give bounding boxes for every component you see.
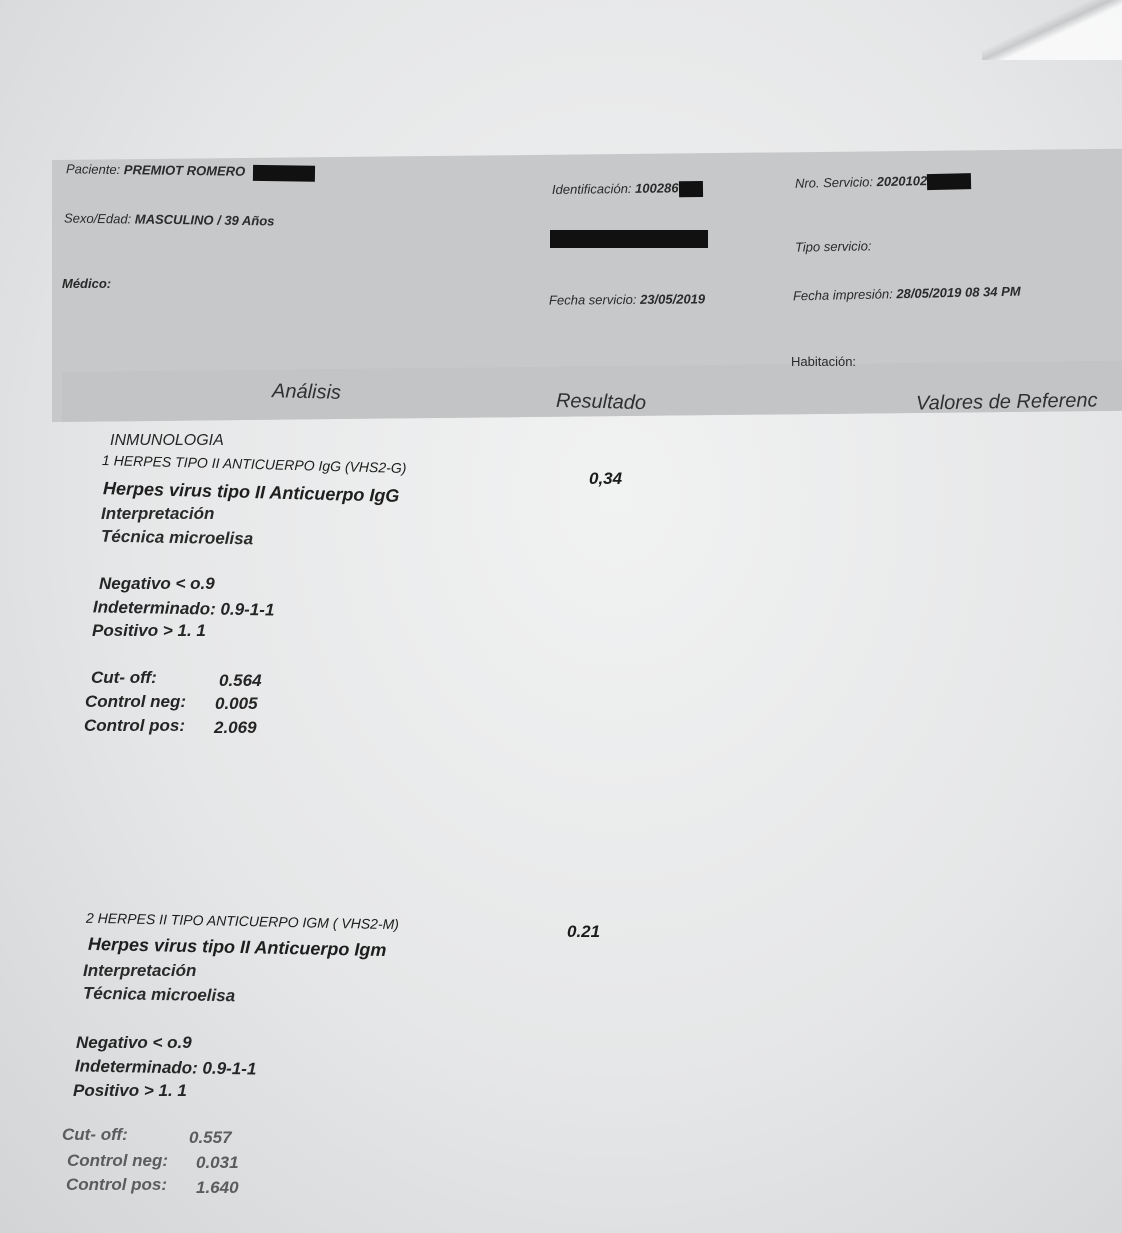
sex-age-field: Sexo/Edad: MASCULINO / 39 Años [64,211,275,229]
cutoff-label: Cut- off: [62,1125,128,1145]
id-field: Identificación: 100286 [552,180,703,199]
patient-field: Paciente: PREMIOT ROMERO [66,161,315,181]
page-fold [982,0,1122,60]
redaction-bar [253,164,315,181]
print-date-label: Fecha impresión: [793,286,893,303]
id-value: 100286 [635,180,679,196]
redaction-bar [927,173,971,190]
column-result: Resultado [556,390,647,415]
ref-negative: Negativo < o.9 [76,1033,192,1053]
service-type-label: Tipo servicio: [795,238,872,254]
control-pos-label: Control pos: [66,1175,167,1195]
test-result: 0,34 [589,469,622,489]
service-date-value: 23/05/2019 [640,291,705,307]
ref-indeterminate: Indeterminado: 0.9-1-1 [75,1056,257,1079]
cutoff-value: 0.557 [189,1128,232,1148]
room-label: Habitación: [791,354,856,369]
column-analysis: Análisis [272,380,342,405]
print-date-value: 28/05/2019 08 34 PM [896,284,1021,302]
test-code-line: 2 HERPES II TIPO ANTICUERPO IGM ( VHS2-M… [86,910,399,933]
ref-positive: Positivo > 1. 1 [92,621,206,641]
test-interpretation: Interpretación [101,504,214,524]
test-result: 0.21 [567,922,600,942]
id-label: Identificación: [552,181,632,197]
service-number-label: Nro. Servicio: [795,174,873,191]
service-date-field: Fecha servicio: 23/05/2019 [549,291,705,307]
lab-report-page: Paciente: PREMIOT ROMERO Sexo/Edad: MASC… [0,0,1122,1233]
ref-indeterminate: Indeterminado: 0.9-1-1 [93,597,275,620]
test-code-line: 1 HERPES TIPO II ANTICUERPO IgG (VHS2-G) [102,452,407,476]
test-name: Herpes virus tipo II Anticuerpo Igm [88,934,387,961]
cutoff-value: 0.564 [219,671,262,691]
redaction-bar [678,181,702,197]
service-date-label: Fecha servicio: [549,292,637,308]
test-technique: Técnica microelisa [83,984,235,1007]
sex-age-label: Sexo/Edad: [64,211,131,227]
patient-label: Paciente: [66,161,120,177]
redacted-field [550,230,708,248]
control-neg-label: Control neg: [85,692,186,712]
ref-negative: Negativo < o.9 [99,574,215,594]
patient-value: PREMIOT ROMERO [124,162,246,179]
control-pos-value: 1.640 [196,1178,239,1198]
column-reference: Valores de Referenc [916,389,1098,415]
cutoff-label: Cut- off: [91,668,157,688]
test-name: Herpes virus tipo II Anticuerpo IgG [103,478,400,507]
control-neg-label: Control neg: [67,1151,168,1171]
ref-positive: Positivo > 1. 1 [73,1081,187,1101]
sex-age-value: MASCULINO / 39 Años [135,212,275,229]
service-number-value: 2020102 [876,173,927,189]
redaction-bar [550,230,708,248]
control-neg-value: 0.005 [215,694,258,714]
control-pos-value: 2.069 [214,718,257,738]
doctor-label: Médico: [62,276,111,291]
control-neg-value: 0.031 [196,1153,239,1173]
section-title: INMUNOLOGIA [110,432,224,450]
test-interpretation: Interpretación [83,961,196,981]
control-pos-label: Control pos: [84,716,185,736]
test-technique: Técnica microelisa [101,527,253,550]
